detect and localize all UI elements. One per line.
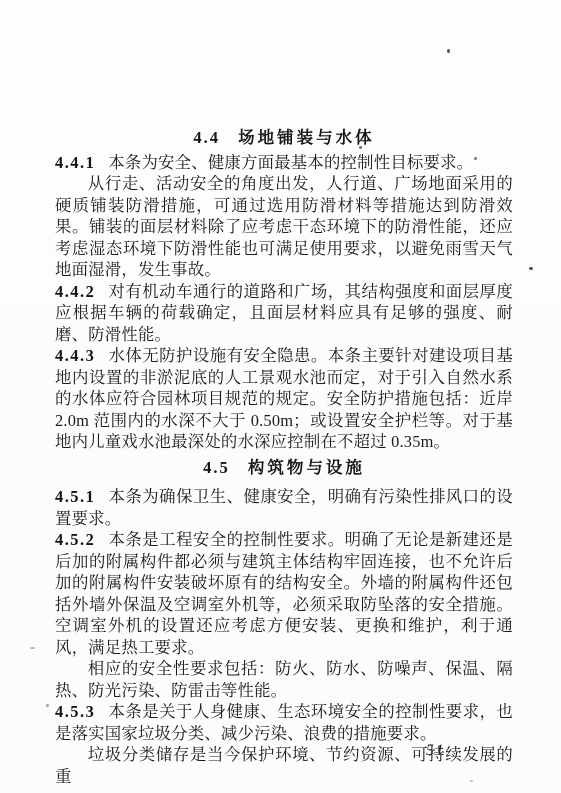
clause-4-5-2: 4.5.2本条是工程安全的控制性要求。明确了无论是新建还是后加的附属构件都必须与…: [55, 529, 513, 658]
section-heading-4-4: 4.4 场地铺装与水体: [55, 127, 513, 149]
clause-4-4-3: 4.4.3水体无防护设施有安全隐患。本条主要针对建设项目基地内设置的非淤泥底的人…: [55, 345, 513, 453]
clause-text: 本条是工程安全的控制性要求。明确了无论是新建还是后加的附属构件都必须与建筑主体结…: [55, 530, 513, 657]
document-page: 4.4 场地铺装与水体 4.4.1本条为安全、健康方面最基本的控制性目标要求。 …: [0, 0, 561, 793]
scan-speck: [470, 780, 473, 782]
scan-speck: [529, 267, 533, 270]
scan-speck: [46, 704, 49, 707]
clause-number: 4.5.3: [55, 702, 95, 721]
clause-text: 水体无防护设施有安全隐患。本条主要针对建设项目基地内设置的非淤泥底的人工景观水池…: [55, 346, 513, 451]
page-content: 4.4 场地铺装与水体 4.4.1本条为安全、健康方面最基本的控制性目标要求。 …: [55, 127, 513, 787]
paragraph-4-5-2-commentary: 相应的安全性要求包括：防火、防水、防噪声、保温、隔热、防光污染、防雷击等性能。: [55, 658, 513, 701]
clause-4-4-2: 4.4.2对有机动车通行的道路和广场，其结构强度和面层厚度应根据车辆的荷载确定，…: [55, 281, 513, 346]
clause-number: 4.4.2: [55, 282, 95, 301]
scan-speck: [474, 157, 477, 160]
paragraph-4-4-1-commentary: 从行走、活动安全的角度出发，人行道、广场地面采用的硬质铺装防滑措施，可通过选用防…: [55, 173, 513, 281]
clause-4-5-1: 4.5.1本条为确保卫生、健康安全，明确有污染性排风口的设置要求。: [55, 486, 513, 529]
section-heading-number: 4.5: [203, 458, 230, 477]
page-number: 51: [426, 742, 446, 760]
clause-text: 对有机动车通行的道路和广场，其结构强度和面层厚度应根据车辆的荷载确定，且面层材料…: [55, 282, 513, 344]
clause-4-5-3: 4.5.3本条是关于人身健康、生态环境安全的控制性要求，也是落实国家垃圾分类、减…: [55, 701, 513, 744]
clause-number: 4.5.1: [55, 487, 95, 506]
clause-number: 4.4.3: [55, 346, 95, 365]
section-heading-4-5: 4.5 构筑物与设施: [55, 457, 513, 479]
scan-speck: [359, 146, 362, 149]
clause-number: 4.5.2: [55, 530, 95, 549]
scan-speck: [30, 647, 35, 649]
clause-text: 本条为确保卫生、健康安全，明确有污染性排风口的设置要求。: [55, 487, 513, 528]
section-heading-number: 4.4: [193, 128, 220, 147]
scan-speck: [447, 49, 450, 53]
section-heading-title: 构筑物与设施: [248, 458, 365, 477]
clause-text: 本条是关于人身健康、生态环境安全的控制性要求，也是落实国家垃圾分类、减少污染、浪…: [55, 702, 513, 743]
clause-number: 4.4.1: [55, 153, 95, 172]
clause-4-4-1: 4.4.1本条为安全、健康方面最基本的控制性目标要求。: [55, 152, 513, 174]
clause-text: 本条为安全、健康方面最基本的控制性目标要求。: [108, 153, 473, 172]
scan-speck: [356, 465, 359, 468]
section-heading-title: 场地铺装与水体: [238, 128, 375, 147]
